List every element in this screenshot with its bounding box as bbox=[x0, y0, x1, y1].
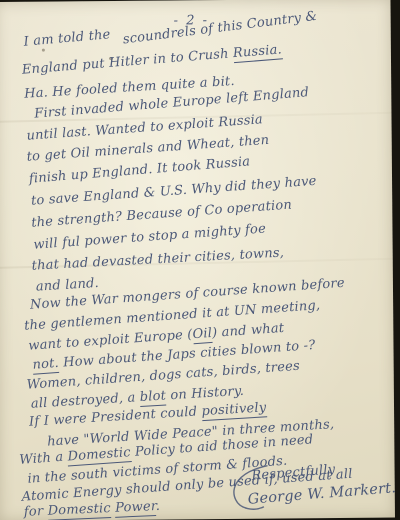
underlined-word: Oil bbox=[192, 326, 213, 344]
underlined-word: Domestic bbox=[47, 501, 111, 520]
underlined-word: Power bbox=[115, 499, 156, 517]
line-text: and land. bbox=[35, 276, 99, 295]
underlined-word: blot bbox=[139, 388, 166, 406]
line-text: scoundrels of this Country & bbox=[122, 10, 318, 49]
letter-line: for Domestic Power. bbox=[24, 500, 161, 520]
underlined-word: positively bbox=[201, 400, 267, 420]
letter-page: - 2 - I am told thescoundrels of this Co… bbox=[0, 0, 395, 520]
underlined-word: not. bbox=[32, 356, 59, 374]
line-text: on History. bbox=[166, 384, 245, 404]
line-text: for bbox=[24, 504, 48, 520]
underlined-word: Domestic bbox=[67, 445, 131, 466]
letter-line: England put Hitler in to Crush Russia. bbox=[21, 43, 282, 78]
underlined-word: Russia. bbox=[232, 42, 282, 62]
line-text: With a bbox=[19, 449, 68, 467]
line-text: ) and what bbox=[212, 321, 285, 341]
line-text: England put Hitler in to Crush bbox=[21, 46, 233, 78]
line-text: I am told the bbox=[23, 27, 111, 50]
line-text: . bbox=[155, 499, 160, 514]
letter-photo: - 2 - I am told thescoundrels of this Co… bbox=[0, 0, 400, 520]
